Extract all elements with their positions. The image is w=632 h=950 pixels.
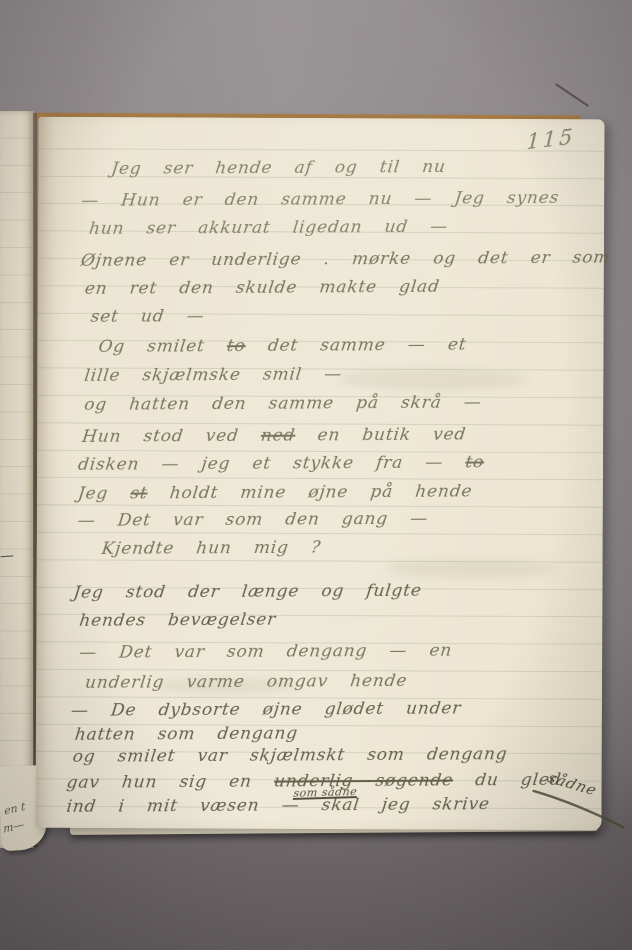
handwriting-line-06: set ud — <box>90 308 206 326</box>
handwriting-line-07: Og smilet to det samme — et <box>98 337 468 356</box>
struck-word: to <box>464 452 485 472</box>
handwriting-line-12: Jeg st holdt mine øjne på hende <box>77 484 473 503</box>
handwriting-line-05: en ret den skulde makte glad <box>84 279 441 298</box>
previous-page-edge: — <box>0 111 34 848</box>
pencil-dash-mark: — <box>0 548 15 565</box>
handwriting-line-02: — Hun er den samme nu — Jeg synes <box>80 190 560 210</box>
handwriting-line-23: ind i mit væsen — skal jeg skrive <box>66 796 491 816</box>
handwriting-line-09: og hatten den samme på skrå — <box>83 395 482 414</box>
handwriting-line-03: hun ser akkurat ligedan ud — <box>88 219 449 238</box>
handwriting-line-16: hendes bevægelser <box>78 612 277 630</box>
handwriting-line-01: Jeg ser hende af og til nu <box>110 159 446 178</box>
struck-word: to <box>226 336 247 356</box>
ink-scribble: m— <box>3 818 25 836</box>
handwriting-line-20: hatten som dengang <box>74 726 299 744</box>
handwriting-line-19: — De dybsorte øjne glødet under <box>70 701 462 720</box>
handwriting-line-04: Øjnene er underlige . mørke og det er so… <box>80 250 611 270</box>
handwriting-line-13: — Det var som den gang — <box>77 511 429 530</box>
photograph-of-notebook: — en t m— 115 Jeg ser hende af og til nu… <box>0 0 632 950</box>
handwriting-line-18: underlig varme omgav hende <box>84 673 408 692</box>
handwriting-line-10: Hun stod ved ned en butik ved <box>81 427 467 446</box>
photo-scratch <box>555 83 589 107</box>
handwriting-line-21: og smilet var skjælmskt som dengang <box>72 746 509 766</box>
ink-showthrough <box>387 558 557 579</box>
handwriting-line-14: Kjendte hun mig ? <box>101 540 322 558</box>
ink-scribble: en t <box>4 800 26 818</box>
handwriting-line-11: disken — jeg et stykke fra — to <box>77 454 485 473</box>
struck-word: ned <box>260 426 297 446</box>
handwriting-line-17: — Det var som dengang — en <box>78 643 453 662</box>
notebook-page: 115 Jeg ser hende af og til nu — Hun er … <box>35 117 604 830</box>
handwriting-line-08: lille skjælmske smil — <box>83 366 343 385</box>
page-number: 115 <box>526 124 576 154</box>
interlinear-insertion: som sådne <box>293 785 358 800</box>
handwriting-line-15: Jeg stod der længe og fulgte <box>72 583 422 602</box>
ink-showthrough <box>337 368 527 391</box>
